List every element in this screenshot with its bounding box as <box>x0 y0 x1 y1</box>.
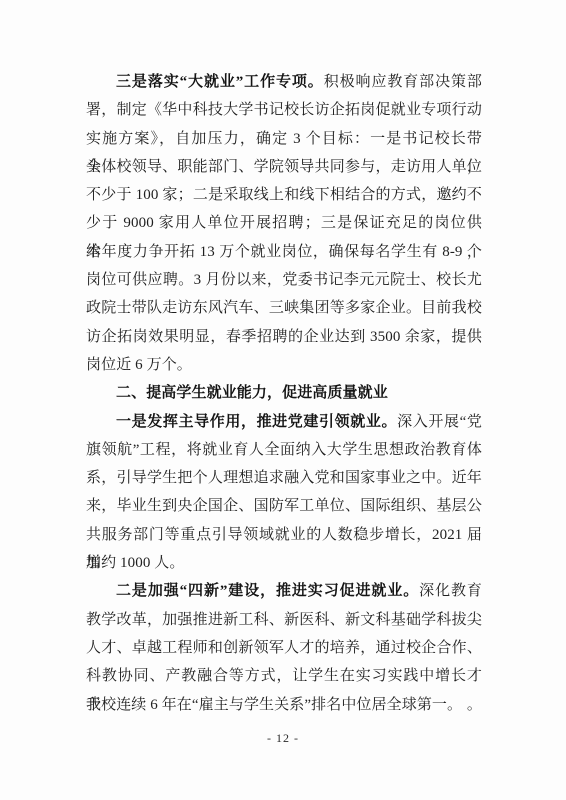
text-line: 教学改革，加强推进新工科、新医科、新文科基础学科拔尖 <box>86 606 482 634</box>
text-line: 系，引导学生把个人理想追求融入党和国家事业之中。近年 <box>86 464 482 492</box>
bold-run: 三是落实“大就业”工作专项。 <box>116 74 324 90</box>
text-line: 一是发挥主导作用，推进党建引领就业。深入开展“党 <box>86 408 482 436</box>
bold-run: 一是发挥主导作用，推进党建引领就业。 <box>116 414 397 430</box>
text-run: 人才、卓越工程师和创新领军人才的培养，通过校企合作、 <box>86 640 482 656</box>
text-line: 本年度力争开拓 13 万个就业岗位，确保每名学生有 8-9 个 <box>86 238 482 266</box>
text-run: 系，引导学生把个人理想追求融入党和国家事业之中。近年 <box>86 470 482 486</box>
text-line: 科教协同、产教融合等方式，让学生在实习实践中增长才干。 <box>86 662 482 690</box>
section-heading: 二、提高学生就业能力，促进高质量就业 <box>86 379 482 407</box>
text-run: 加约 1000 人。 <box>86 555 185 571</box>
text-line: 少于 9000 家用人单位开展招聘；三是保证充足的岗位供给， <box>86 209 482 237</box>
text-line: 人才、卓越工程师和创新领军人才的培养，通过校企合作、 <box>86 634 482 662</box>
text-run: 本年度力争开拓 13 万个就业岗位，确保每名学生有 8-9 个 <box>86 244 482 260</box>
document-page: 三是落实“大就业”工作专项。积极响应教育部决策部署，制定《华中科技大学书记校长访… <box>0 0 566 800</box>
text-line: 二是加强“四新”建设，推进实习促进就业。深化教育 <box>86 577 482 605</box>
text-run: 政院士带队走访东风汽车、三峡集团等多家企业。目前我校 <box>86 300 482 316</box>
text-run: 教学改革，加强推进新工科、新医科、新文科基础学科拔尖 <box>86 612 482 628</box>
text-run: 深化教育 <box>419 583 482 599</box>
text-line: 来，毕业生到央企国企、国防军工单位、国际组织、基层公 <box>86 492 482 520</box>
text-line: 署，制定《华中科技大学书记校长访企拓岗促就业专项行动 <box>86 96 482 124</box>
text-line: 政院士带队走访东风汽车、三峡集团等多家企业。目前我校 <box>86 294 482 322</box>
page-number: - 12 - <box>0 731 566 746</box>
text-line: 岗位近 6 万个。 <box>86 351 482 379</box>
text-line: 三是落实“大就业”工作专项。积极响应教育部决策部 <box>86 68 482 96</box>
text-run: 岗位可供应聘。3 月份以来，党委书记李元元院士、校长尤 <box>86 272 482 288</box>
text-run: 旗领航”工程，将就业育人全面纳入大学生思想政治教育体 <box>86 442 482 458</box>
text-run: 全体校领导、职能部门、学院领导共同参与，走访用人单位 <box>86 159 482 175</box>
text-line: 访企拓岗效果明显，春季招聘的企业达到 3500 余家，提供 <box>86 323 482 351</box>
bold-run: 二、提高学生就业能力，促进高质量就业 <box>116 385 388 401</box>
text-run: 深入开展“党 <box>397 414 482 430</box>
document-body: 三是落实“大就业”工作专项。积极响应教育部决策部署，制定《华中科技大学书记校长访… <box>86 68 482 719</box>
text-line: 不少于 100 家；二是采取线上和线下相结合的方式，邀约不 <box>86 181 482 209</box>
text-line: 我校连续 6 年在“雇主与学生关系”排名中位居全球第一。 <box>86 691 482 719</box>
text-run: 访企拓岗效果明显，春季招聘的企业达到 3500 余家，提供 <box>86 329 482 345</box>
text-line: 实施方案》，自加压力，确定 3 个目标：一是书记校长带头， <box>86 125 482 153</box>
text-run: 积极响应教育部决策部 <box>324 74 482 90</box>
text-line: 共服务部门等重点引导领域就业的人数稳步增长，2021 届增 <box>86 521 482 549</box>
text-line: 旗领航”工程，将就业育人全面纳入大学生思想政治教育体 <box>86 436 482 464</box>
text-run: 我校连续 6 年在“雇主与学生关系”排名中位居全球第一。 <box>86 697 462 713</box>
text-line: 全体校领导、职能部门、学院领导共同参与，走访用人单位 <box>86 153 482 181</box>
bold-run: 二是加强“四新”建设，推进实习促进就业。 <box>116 583 419 599</box>
text-line: 岗位可供应聘。3 月份以来，党委书记李元元院士、校长尤 <box>86 266 482 294</box>
text-run: 署，制定《华中科技大学书记校长访企拓岗促就业专项行动 <box>86 102 482 118</box>
text-run: 来，毕业生到央企国企、国防军工单位、国际组织、基层公 <box>86 498 482 514</box>
text-run: 岗位近 6 万个。 <box>86 357 192 373</box>
text-line: 加约 1000 人。 <box>86 549 482 577</box>
text-run: 不少于 100 家；二是采取线上和线下相结合的方式，邀约不 <box>86 187 482 203</box>
